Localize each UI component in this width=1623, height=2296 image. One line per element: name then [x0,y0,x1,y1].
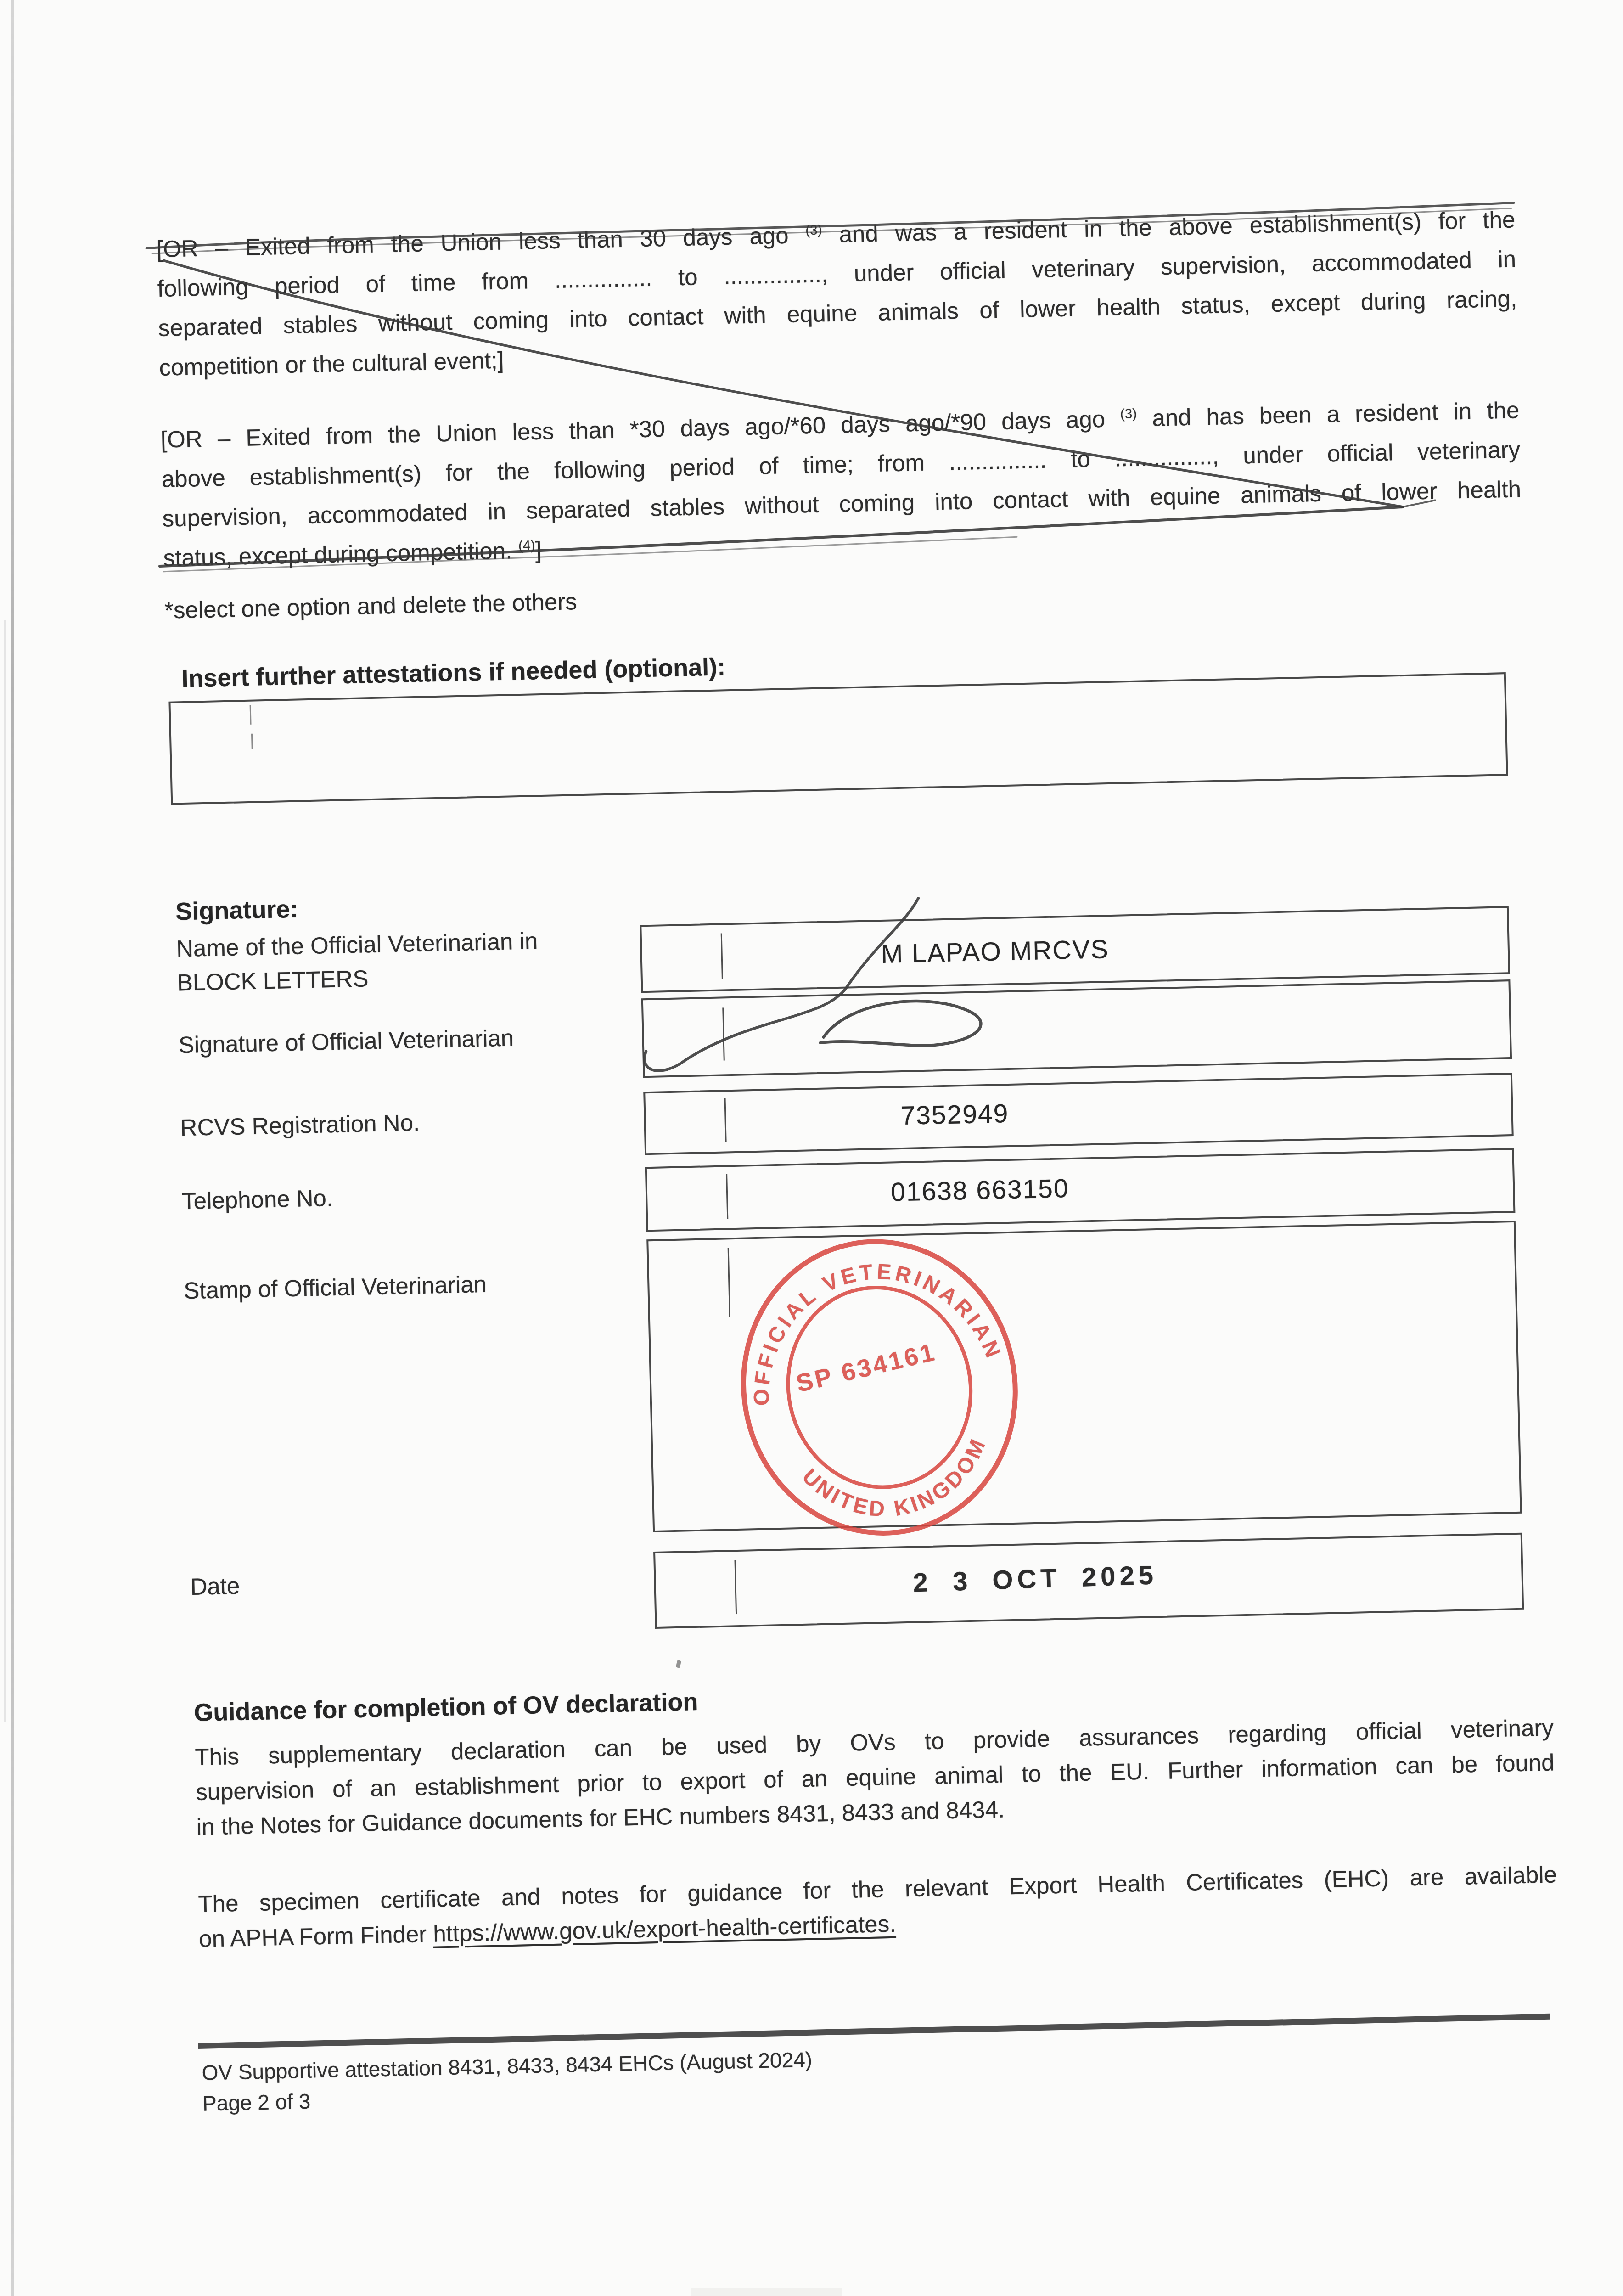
scanner-edge-streak [4,620,6,1722]
date-field-label: Date [190,1562,558,1604]
name-field-label: Name of the Official Veterinarian inBLOC… [176,922,636,1000]
scan-mark [250,705,252,725]
signature-field-box [641,979,1512,1078]
scan-mark [251,734,253,749]
signature-heading: Signature: [175,895,298,926]
document-sheet: [OR – Exited from the Union less than 30… [0,0,1623,2296]
name-field-value: M LAPAO MRCVS [881,934,1109,969]
cell-divider [728,1248,730,1317]
scan-artifact-patch [691,2288,842,2296]
name-field-box: M LAPAO MRCVS [640,906,1510,993]
guidance-heading: Guidance for completion of OV declaratio… [194,1688,698,1727]
further-attestations-box [168,672,1508,805]
cell-divider [721,933,723,979]
rcvs-field-box: 7352949 [643,1073,1514,1155]
date-field-value: 2 3 OCT 2025 [913,1559,1158,1598]
scan-speck [676,1660,681,1668]
telephone-field-value: 01638 663150 [890,1173,1069,1207]
further-attestations-heading: Insert further attestations if needed (o… [181,653,726,693]
attestation-option-1: [OR – Exited from the Union less than 30… [156,200,1518,387]
footer-page-number: Page 2 of 3 [202,2087,311,2118]
cell-divider [722,1007,725,1060]
cell-divider [726,1174,728,1219]
footer-rule [198,2014,1550,2049]
signature-field-label: Signature of Official Veterinarian [178,1017,684,1062]
attestation-option-2: [OR – Exited from the Union less than *3… [160,390,1522,578]
scanned-certificate-page: { "page": { "option1_lines": [ "[OR – Ex… [0,0,1623,2296]
select-option-note: *select one option and delete the others [164,588,577,624]
rcvs-field-value: 7352949 [900,1098,1009,1131]
cell-divider [724,1098,727,1142]
telephone-field-box: 01638 663150 [645,1148,1516,1232]
footer-document-title: OV Supportive attestation 8431, 8433, 84… [202,2045,813,2088]
date-field-box: 2 3 OCT 2025 [653,1533,1524,1629]
guidance-paragraph: This supplementary declaration can be us… [195,1710,1556,1845]
specimen-paragraph: The specimen certificate and notes for g… [198,1857,1558,1957]
cell-divider [735,1560,737,1614]
stamp-field-box [646,1221,1522,1532]
telephone-field-label: Telephone No. [181,1173,687,1218]
rcvs-field-label: RCVS Registration No. [180,1100,685,1145]
